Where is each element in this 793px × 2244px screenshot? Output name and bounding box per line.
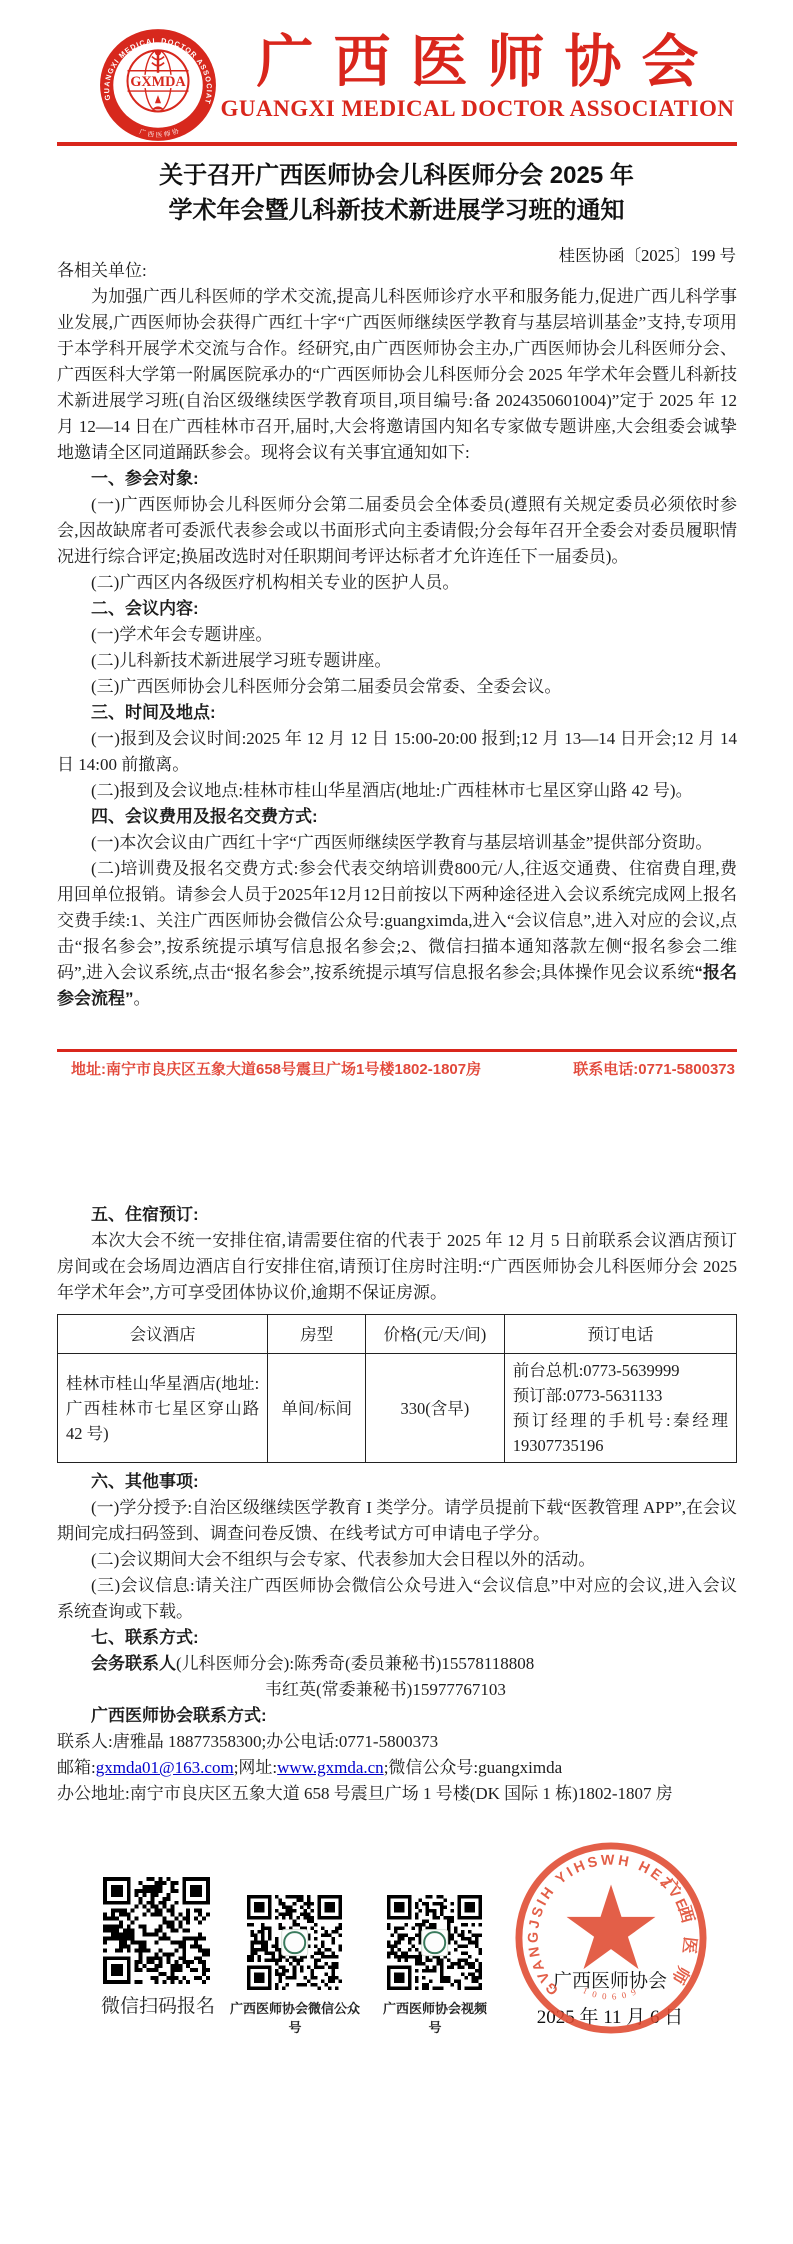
col-room-type: 房型 bbox=[268, 1315, 366, 1354]
section3-item2: (二)报到及会议地点:桂林市桂山华星酒店(地址:广西桂林市七星区穿山路 42 号… bbox=[57, 778, 737, 804]
salutation: 各相关单位: bbox=[57, 258, 737, 284]
section5-paragraph: 本次大会不统一安排住宿,请需要住宿的代表于 2025 年 12 月 5 日前联系… bbox=[57, 1228, 737, 1306]
footer-divider bbox=[57, 1049, 737, 1052]
section3-title: 三、时间及地点: bbox=[57, 700, 737, 726]
email-label: 邮箱: bbox=[57, 1758, 96, 1777]
seal-star-icon bbox=[567, 1885, 656, 1970]
conference-contact-line1: 会务联系人(儿科医师分会):陈秀奇(委员兼秘书)15578118808 bbox=[57, 1651, 737, 1677]
section4-title: 四、会议费用及报名交费方式: bbox=[57, 804, 737, 830]
phone-front-desk: 前台总机:0773-5639999 bbox=[513, 1358, 728, 1383]
hotel-booking-table: 会议酒店 房型 价格(元/天/间) 预订电话 桂林市桂山华星酒店(地址:广西桂林… bbox=[57, 1314, 737, 1463]
org-title-block: 广西医师协会 GUANGXI MEDICAL DOCTOR ASSOCIATIO… bbox=[219, 26, 736, 124]
section2-item3: (三)广西医师协会儿科医师分会第二届委员会常委、全委会议。 bbox=[57, 674, 737, 700]
association-logo: GUANGXI MEDICAL DOCTOR ASSOCIATION 广西医师协… bbox=[97, 26, 219, 149]
document-title: 关于召开广西医师协会儿科医师分会 2025 年 学术年会暨儿科新技术新进展学习班… bbox=[57, 158, 736, 228]
intro-paragraph: 为加强广西儿科医师的学术交流,提高儿科医师诊疗水平和服务能力,促进广西儿科学事业… bbox=[57, 284, 737, 466]
section4-item1: (一)本次会议由广西红十字“广西医师继续医学教育与基层培训基金”提供部分资助。 bbox=[57, 830, 737, 856]
section6-title: 六、其他事项: bbox=[57, 1469, 737, 1495]
association-logo-icon: GUANGXI MEDICAL DOCTOR ASSOCIATION 广西医师协… bbox=[97, 26, 219, 144]
video-channel-qr-caption: 广西医师协会视频号 bbox=[378, 1998, 492, 2036]
document-body-page2: 五、住宿预订: 本次大会不统一安排住宿,请需要住宿的代表于 2025 年 12 … bbox=[57, 1202, 737, 1807]
room-type-cell: 单间/标间 bbox=[268, 1354, 366, 1463]
section4-item2-end: 。 bbox=[134, 989, 151, 1008]
document-body-page1: 各相关单位: 为加强广西儿科医师的学术交流,提高儿科医师诊疗水平和服务能力,促进… bbox=[57, 258, 737, 1012]
footer-phone: 联系电话:0771-5800373 bbox=[573, 1058, 735, 1079]
section1-item2: (二)广西区内各级医疗机构相关专业的医护人员。 bbox=[57, 570, 737, 596]
qr-center-logo-icon bbox=[421, 1929, 449, 1957]
notice-document-page: GUANGXI MEDICAL DOCTOR ASSOCIATION 广西医师协… bbox=[0, 0, 793, 2244]
contact-person1: (儿科医师分会):陈秀奇(委员兼秘书)15578118808 bbox=[176, 1654, 534, 1673]
org-name-en: GUANGXI MEDICAL DOCTOR ASSOCIATION bbox=[219, 94, 736, 124]
table-header-row: 会议酒店 房型 价格(元/天/间) 预订电话 bbox=[58, 1315, 737, 1354]
col-price: 价格(元/天/间) bbox=[366, 1315, 505, 1354]
wechat-official-account-qr-code bbox=[247, 1895, 342, 1990]
table-row: 桂林市桂山华星酒店(地址:广西桂林市七星区穿山路 42 号) 单间/标间 330… bbox=[58, 1354, 737, 1463]
association-contact-line1: 联系人:唐雅晶 18877358300;办公电话:0771-5800373 bbox=[57, 1729, 737, 1755]
association-contact-heading: 广西医师协会联系方式: bbox=[57, 1703, 737, 1729]
page-footer: 地址:南宁市良庆区五象大道658号震旦广场1号楼1802-1807房 联系电话:… bbox=[57, 1049, 737, 1079]
logo-abbr-text: GXMDA bbox=[130, 74, 186, 90]
signature-date: 2025 年 11 月 6 日 bbox=[490, 2002, 730, 2029]
section4-item2: (二)培训费及报名交费方式:参会代表交纳培训费800元/人,往返交通费、住宿费自… bbox=[57, 856, 737, 1012]
section3-item1: (一)报到及会议时间:2025 年 12 月 12 日 15:00-20:00 … bbox=[57, 726, 737, 778]
association-contact-line2: 邮箱:gxmda01@163.com;网址:www.gxmda.cn;微信公众号… bbox=[57, 1755, 737, 1781]
section6-item2: (二)会议期间大会不组织与会专家、代表参加大会日程以外的活动。 bbox=[57, 1547, 737, 1573]
email-link[interactable]: gxmda01@163.com bbox=[96, 1758, 234, 1777]
office-address: 办公地址:南宁市良庆区五象大道 658 号震旦广场 1 号楼(DK 国际 1 栋… bbox=[57, 1781, 737, 1807]
contact-label: 会务联系人 bbox=[91, 1654, 176, 1673]
website-link[interactable]: www.gxmda.cn bbox=[277, 1758, 384, 1777]
section2-item2: (二)儿科新技术新进展学习班专题讲座。 bbox=[57, 648, 737, 674]
section5-title: 五、住宿预订: bbox=[57, 1202, 737, 1228]
wechat-official-account-qr-caption: 广西医师协会微信公众号 bbox=[224, 1998, 366, 2036]
registration-qr-code bbox=[103, 1877, 210, 1984]
col-booking-phone: 预订电话 bbox=[504, 1315, 736, 1354]
section6-item1: (一)学分授予:自治区级继续医学教育 I 类学分。请学员提前下载“医教管理 AP… bbox=[57, 1495, 737, 1547]
footer-address: 地址:南宁市良庆区五象大道658号震旦广场1号楼1802-1807房 bbox=[71, 1058, 481, 1079]
org-name-cn: 广西医师协会 bbox=[219, 32, 736, 94]
registration-qr-caption: 微信扫码报名 bbox=[78, 1991, 238, 2018]
wechat-account-label: ;微信公众号:guangximda bbox=[384, 1758, 562, 1777]
signature-org-name: 广西医师协会 bbox=[500, 1966, 720, 1993]
hotel-name-cell: 桂林市桂山华星酒店(地址:广西桂林市七星区穿山路 42 号) bbox=[58, 1354, 268, 1463]
website-label: ;网址: bbox=[234, 1758, 277, 1777]
section1-item1: (一)广西医师协会儿科医师分会第二届委员会全体委员(遵照有关规定委员必须依时参会… bbox=[57, 492, 737, 570]
col-hotel: 会议酒店 bbox=[58, 1315, 268, 1354]
section2-title: 二、会议内容: bbox=[57, 596, 737, 622]
section4-item2-text: (二)培训费及报名交费方式:参会代表交纳培训费800元/人,往返交通费、住宿费自… bbox=[57, 859, 737, 982]
section6-item3: (三)会议信息:请关注广西医师协会微信公众号进入“会议信息”中对应的会议,进入会… bbox=[57, 1573, 737, 1625]
phone-booking-dept: 预订部:0773-5631133 bbox=[513, 1383, 728, 1408]
booking-phone-cell: 前台总机:0773-5639999 预订部:0773-5631133 预订经理的… bbox=[504, 1354, 736, 1463]
header-divider bbox=[57, 142, 737, 146]
qr-center-logo-icon bbox=[281, 1929, 309, 1957]
section2-item1: (一)学术年会专题讲座。 bbox=[57, 622, 737, 648]
phone-manager: 预订经理的手机号:秦经理 19307735196 bbox=[513, 1408, 728, 1458]
document-title-line1: 关于召开广西医师协会儿科医师分会 2025 年 bbox=[57, 158, 736, 193]
letterhead: GUANGXI MEDICAL DOCTOR ASSOCIATION 广西医师协… bbox=[57, 26, 736, 149]
document-title-line2: 学术年会暨儿科新技术新进展学习班的通知 bbox=[57, 193, 736, 228]
price-cell: 330(含早) bbox=[366, 1354, 505, 1463]
section7-title: 七、联系方式: bbox=[57, 1625, 737, 1651]
video-channel-qr-code bbox=[387, 1895, 482, 1990]
section1-title: 一、参会对象: bbox=[57, 466, 737, 492]
contact-person2: 韦红英(常委兼秘书)15977767103 bbox=[57, 1677, 737, 1703]
